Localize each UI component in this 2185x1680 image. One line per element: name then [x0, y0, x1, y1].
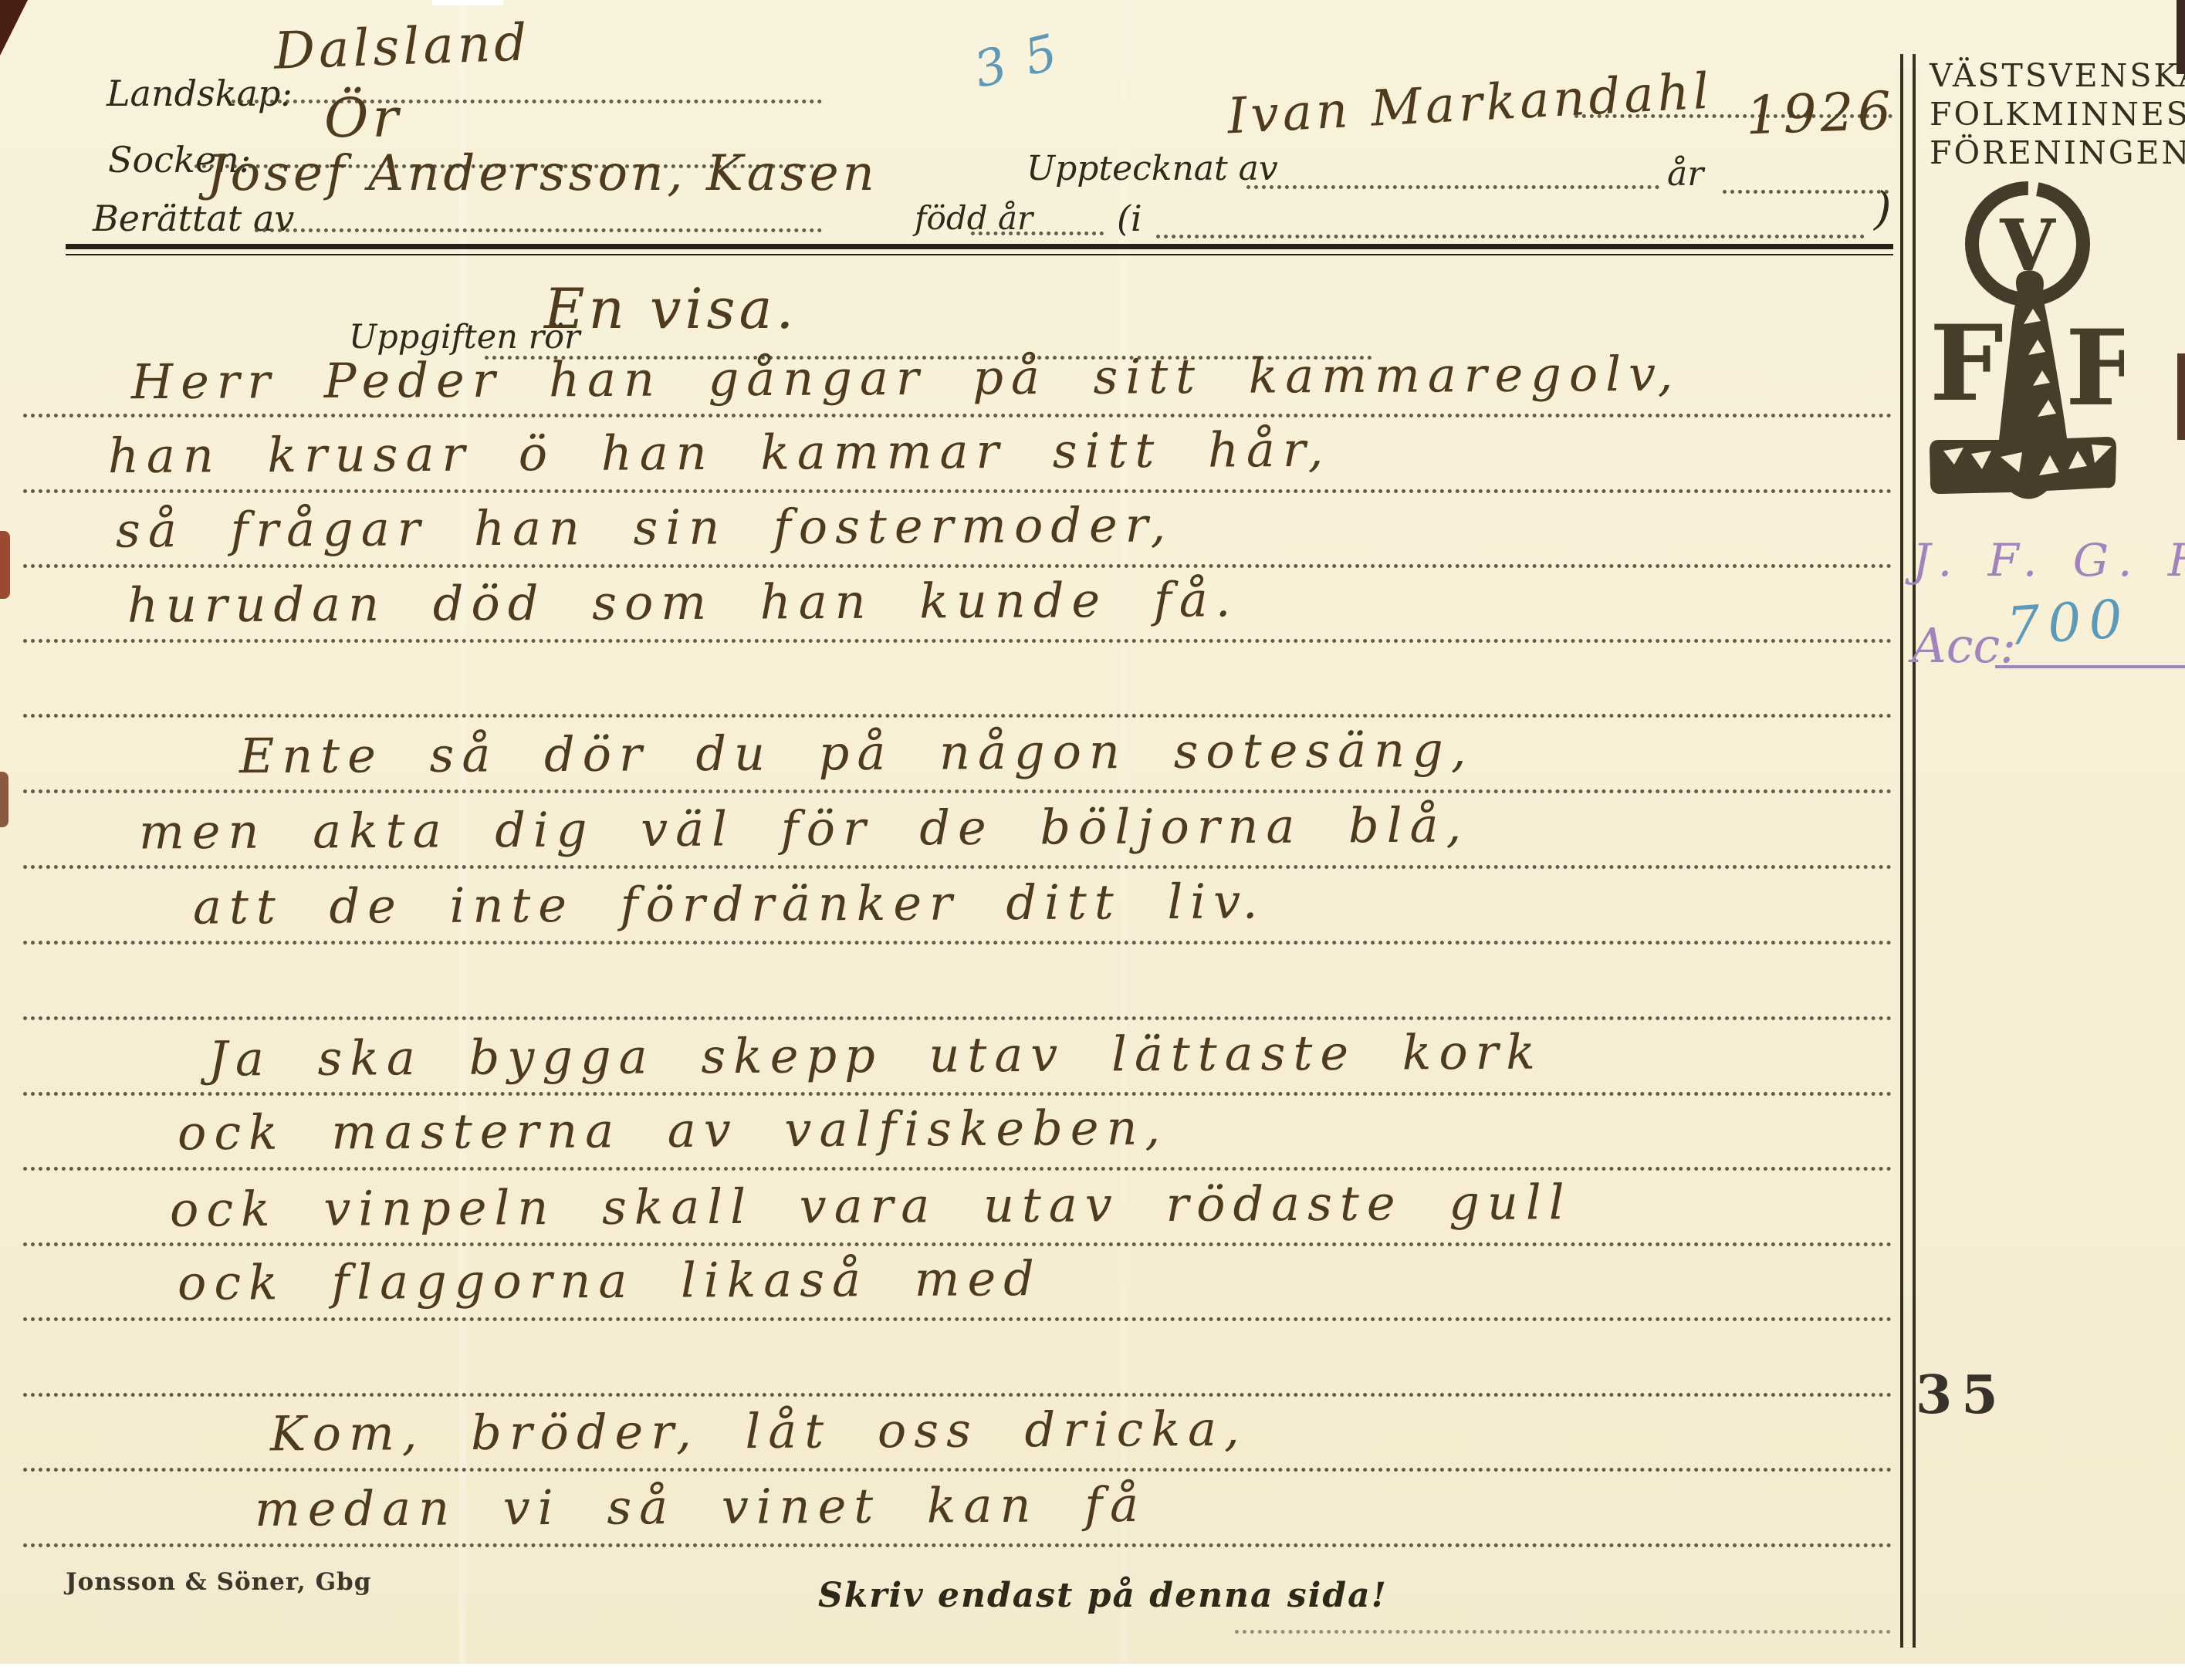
record-card: Landskap: Dalsland 35 Socken: Ör Uppteck… [0, 0, 2185, 1664]
acc-underline [1995, 665, 2185, 668]
song-line: han krusar ö han kammar sitt hår, [108, 421, 1331, 484]
ruled-line [23, 941, 1892, 945]
dotted-line [1723, 190, 1889, 194]
ruled-line [23, 1468, 1892, 1472]
ruled-line [23, 1393, 1892, 1397]
scan-artifact [0, 772, 8, 827]
paren-open-label: (i [1117, 198, 1142, 239]
ruled-line [23, 789, 1892, 793]
song-line: hurudan död som han kunde få. [127, 571, 1239, 634]
song-line: Ja ska bygga skepp utav lättaste kork [208, 1023, 1543, 1087]
berattat-value: Josef Andersson, Kasen [207, 145, 878, 202]
org-name-line2: FOLKMINNES- [1930, 96, 2185, 133]
uppgiften-value: En visa. [544, 276, 797, 341]
org-name-line1: VÄSTSVENSKA [1930, 57, 2185, 94]
song-line: medan vi så vinet kan få [255, 1476, 1146, 1537]
upptecknat-label: Upptecknat av [1027, 149, 1278, 188]
scan-artifact [0, 0, 28, 56]
ar-value: 1926 [1745, 81, 1896, 147]
dotted-line [1246, 185, 1659, 189]
ruled-line [23, 639, 1892, 643]
blue-pencil-number: 35 [969, 19, 1082, 100]
socken-value: Ör [324, 86, 402, 150]
ar-label: år [1667, 154, 1703, 194]
ruled-line [23, 414, 1892, 417]
org-name-line3: FÖRENINGEN [1930, 134, 2185, 171]
ruled-line [23, 1543, 1892, 1547]
ruled-line [23, 1317, 1892, 1321]
dotted-line [1156, 235, 1865, 238]
scan-artifact [2177, 353, 2185, 440]
song-line: Herr Peder han gångar på sitt kammaregol… [131, 346, 1681, 411]
header-separator-rule [66, 244, 1893, 255]
landskap-label: Landskap: [107, 73, 293, 114]
column-divider [1900, 54, 1903, 1648]
song-line: ock masterna av valfiskeben, [178, 1100, 1169, 1161]
landskap-value: Dalsland [273, 12, 532, 81]
logo-letter-f-right: F [2065, 306, 2124, 429]
dotted-line [1235, 1630, 1891, 1634]
song-line: men akta dig väl för de böljorna blå, [139, 796, 1470, 860]
write-only-notice: Skriv endast på denna sida! [818, 1576, 1388, 1615]
acc-value: 700 [2004, 589, 2132, 658]
printer-imprint: Jonsson & Söner, Gbg [66, 1568, 371, 1596]
dotted-line [232, 100, 822, 103]
dotted-line [255, 228, 822, 232]
ruled-line [23, 865, 1892, 869]
paren-close-label: ) [1874, 182, 1892, 235]
scan-artifact [2177, 0, 2185, 74]
ruled-line [23, 1167, 1892, 1171]
song-line: Ente så dör du på någon sotesäng, [239, 722, 1474, 784]
ruled-line [23, 1242, 1892, 1246]
song-line: att de inte fördränker ditt liv. [193, 873, 1266, 935]
card-number-stamp: 35 [1916, 1364, 2007, 1426]
song-line: Kom, bröder, låt oss dricka, [270, 1401, 1247, 1462]
archivist-initials: J. F. G. H. [1913, 534, 2185, 586]
logo-letter-f-left: F [1930, 302, 2004, 424]
berattat-label: Berättat av [93, 198, 294, 239]
song-line: så frågar han sin fostermoder, [116, 496, 1174, 558]
ruled-line [23, 564, 1892, 568]
vff-thors-hammer-logo: V F F [1923, 176, 2124, 512]
ruled-line [23, 1092, 1892, 1096]
dotted-line [971, 232, 1104, 235]
ruled-line [23, 1016, 1892, 1020]
scanned-card-page: Landskap: Dalsland 35 Socken: Ör Uppteck… [0, 0, 2185, 1680]
song-line: ock vinpeln skall vara utav rödaste gull [170, 1174, 1572, 1238]
song-line: ock flaggorna likaså med [178, 1250, 1042, 1311]
scan-artifact [432, 0, 503, 5]
upptecknat-value: Ivan Markandahl [1226, 63, 1713, 146]
scan-artifact [0, 531, 10, 599]
ruled-line [23, 489, 1892, 493]
ruled-line [23, 714, 1892, 718]
